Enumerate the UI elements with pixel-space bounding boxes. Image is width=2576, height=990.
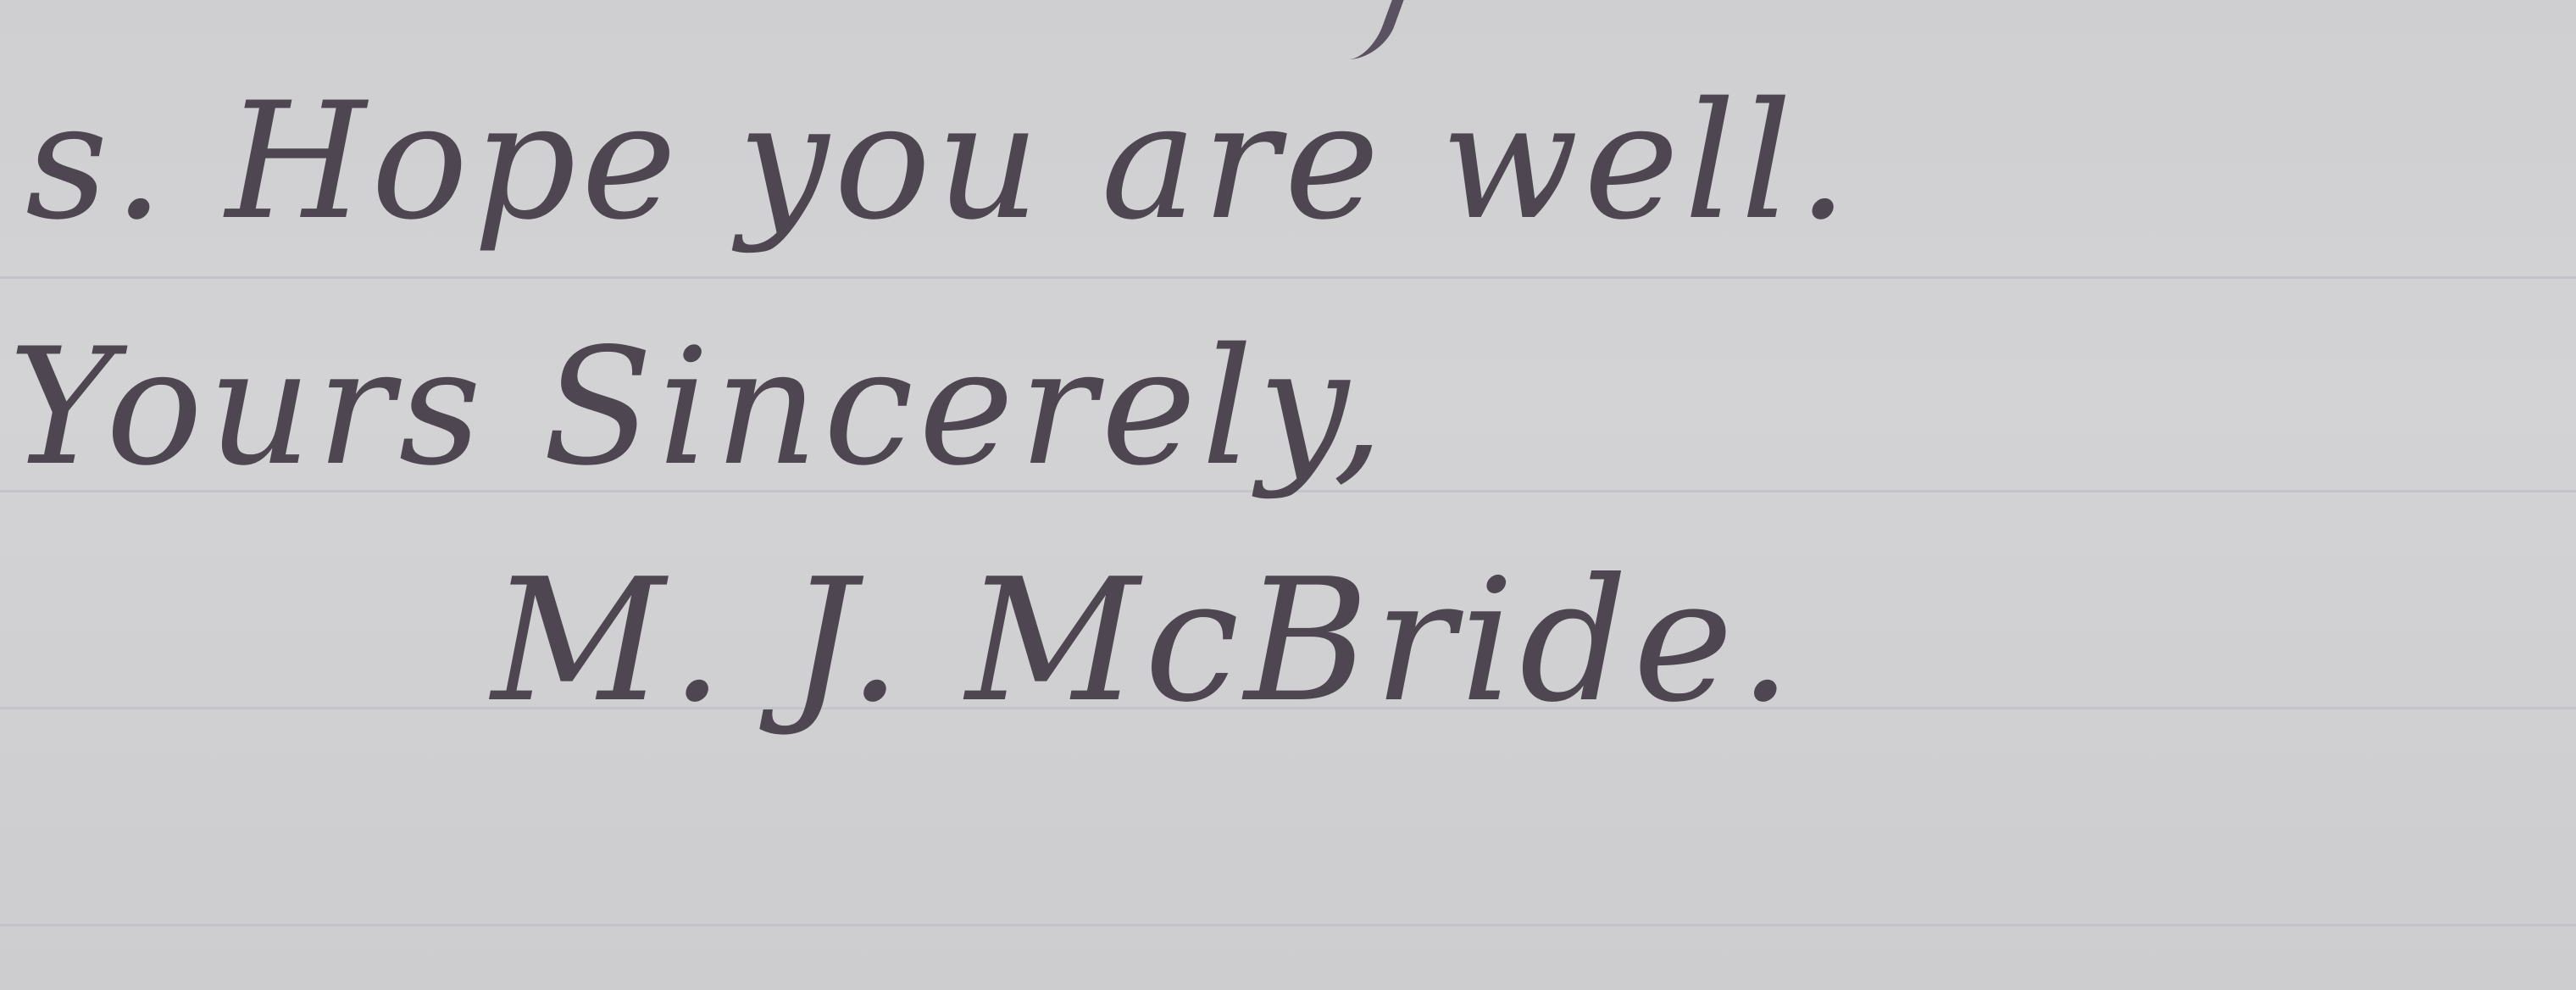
handwritten-closing: Yours Sincerely, [8,314,1389,501]
ruled-line [0,924,2576,926]
ruled-line [0,276,2576,279]
lined-paper: s. Hope you are well. Yours Sincerely, M… [0,0,2576,990]
descender-stroke-from-previous-line [1311,0,1403,59]
handwritten-line-hope-you-are-well: s. Hope you are well. [25,68,1853,255]
handwritten-signature: M. J. McBride. [491,542,1797,740]
